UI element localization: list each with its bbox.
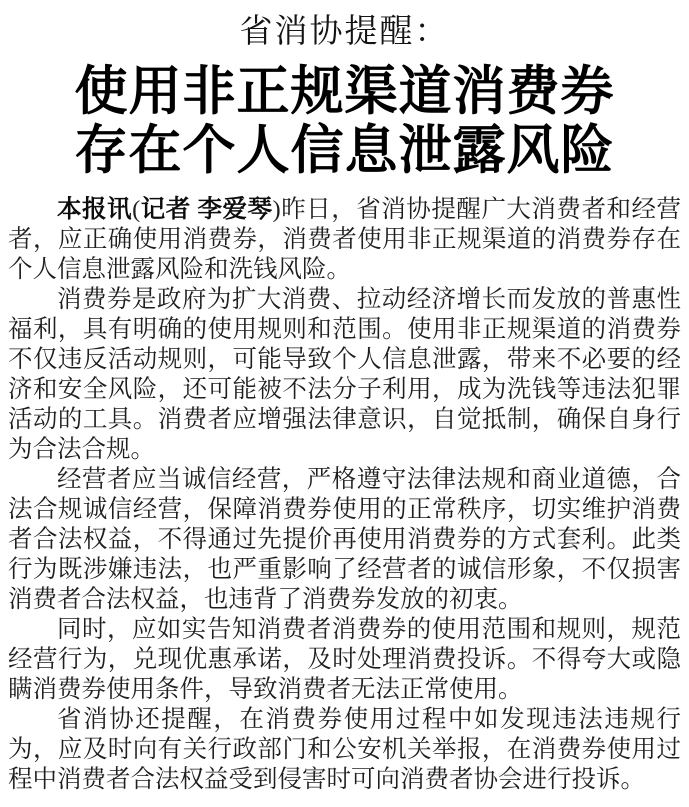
body-paragraph-2: 消费券是政府为扩大消费、拉动经济增长而发放的普惠性福利，具有明确的使用规则和范围… bbox=[8, 285, 681, 465]
byline-reporter-name: 记者 李爱琴 bbox=[140, 196, 272, 223]
article-headline: 使用非正规渠道消费券 存在个人信息泄露风险 bbox=[8, 62, 681, 180]
lead-paragraph: 本报讯(记者 李爱琴)昨日，省消协提醒广大消费者和经营者，应正确使用消费券，消费… bbox=[8, 195, 681, 285]
body-paragraph-5: 省消协还提醒，在消费券使用过程中如发现违法违规行为，应及时向有关行政部门和公安机… bbox=[8, 705, 681, 795]
article-kicker: 省消协提醒： bbox=[8, 10, 681, 52]
body-paragraph-3: 经营者应当诚信经营，严格遵守法律法规和商业道德，合法合规诚信经营，保障消费券使用… bbox=[8, 465, 681, 615]
article-body: 本报讯(记者 李爱琴)昨日，省消协提醒广大消费者和经营者，应正确使用消费券，消费… bbox=[8, 195, 681, 795]
byline-paren-open: ( bbox=[132, 196, 140, 223]
body-paragraph-4: 同时，应如实告知消费者消费券的使用范围和规则，规范经营行为，兑现优惠承诺，及时处… bbox=[8, 615, 681, 705]
headline-line-2: 存在个人信息泄露风险 bbox=[8, 121, 681, 180]
headline-line-1: 使用非正规渠道消费券 bbox=[8, 62, 681, 121]
byline-paren-close: ) bbox=[273, 196, 281, 223]
newspaper-clipping: 省消协提醒： 使用非正规渠道消费券 存在个人信息泄露风险 本报讯(记者 李爱琴)… bbox=[0, 0, 689, 807]
byline-agency-label: 本报讯 bbox=[57, 196, 132, 223]
